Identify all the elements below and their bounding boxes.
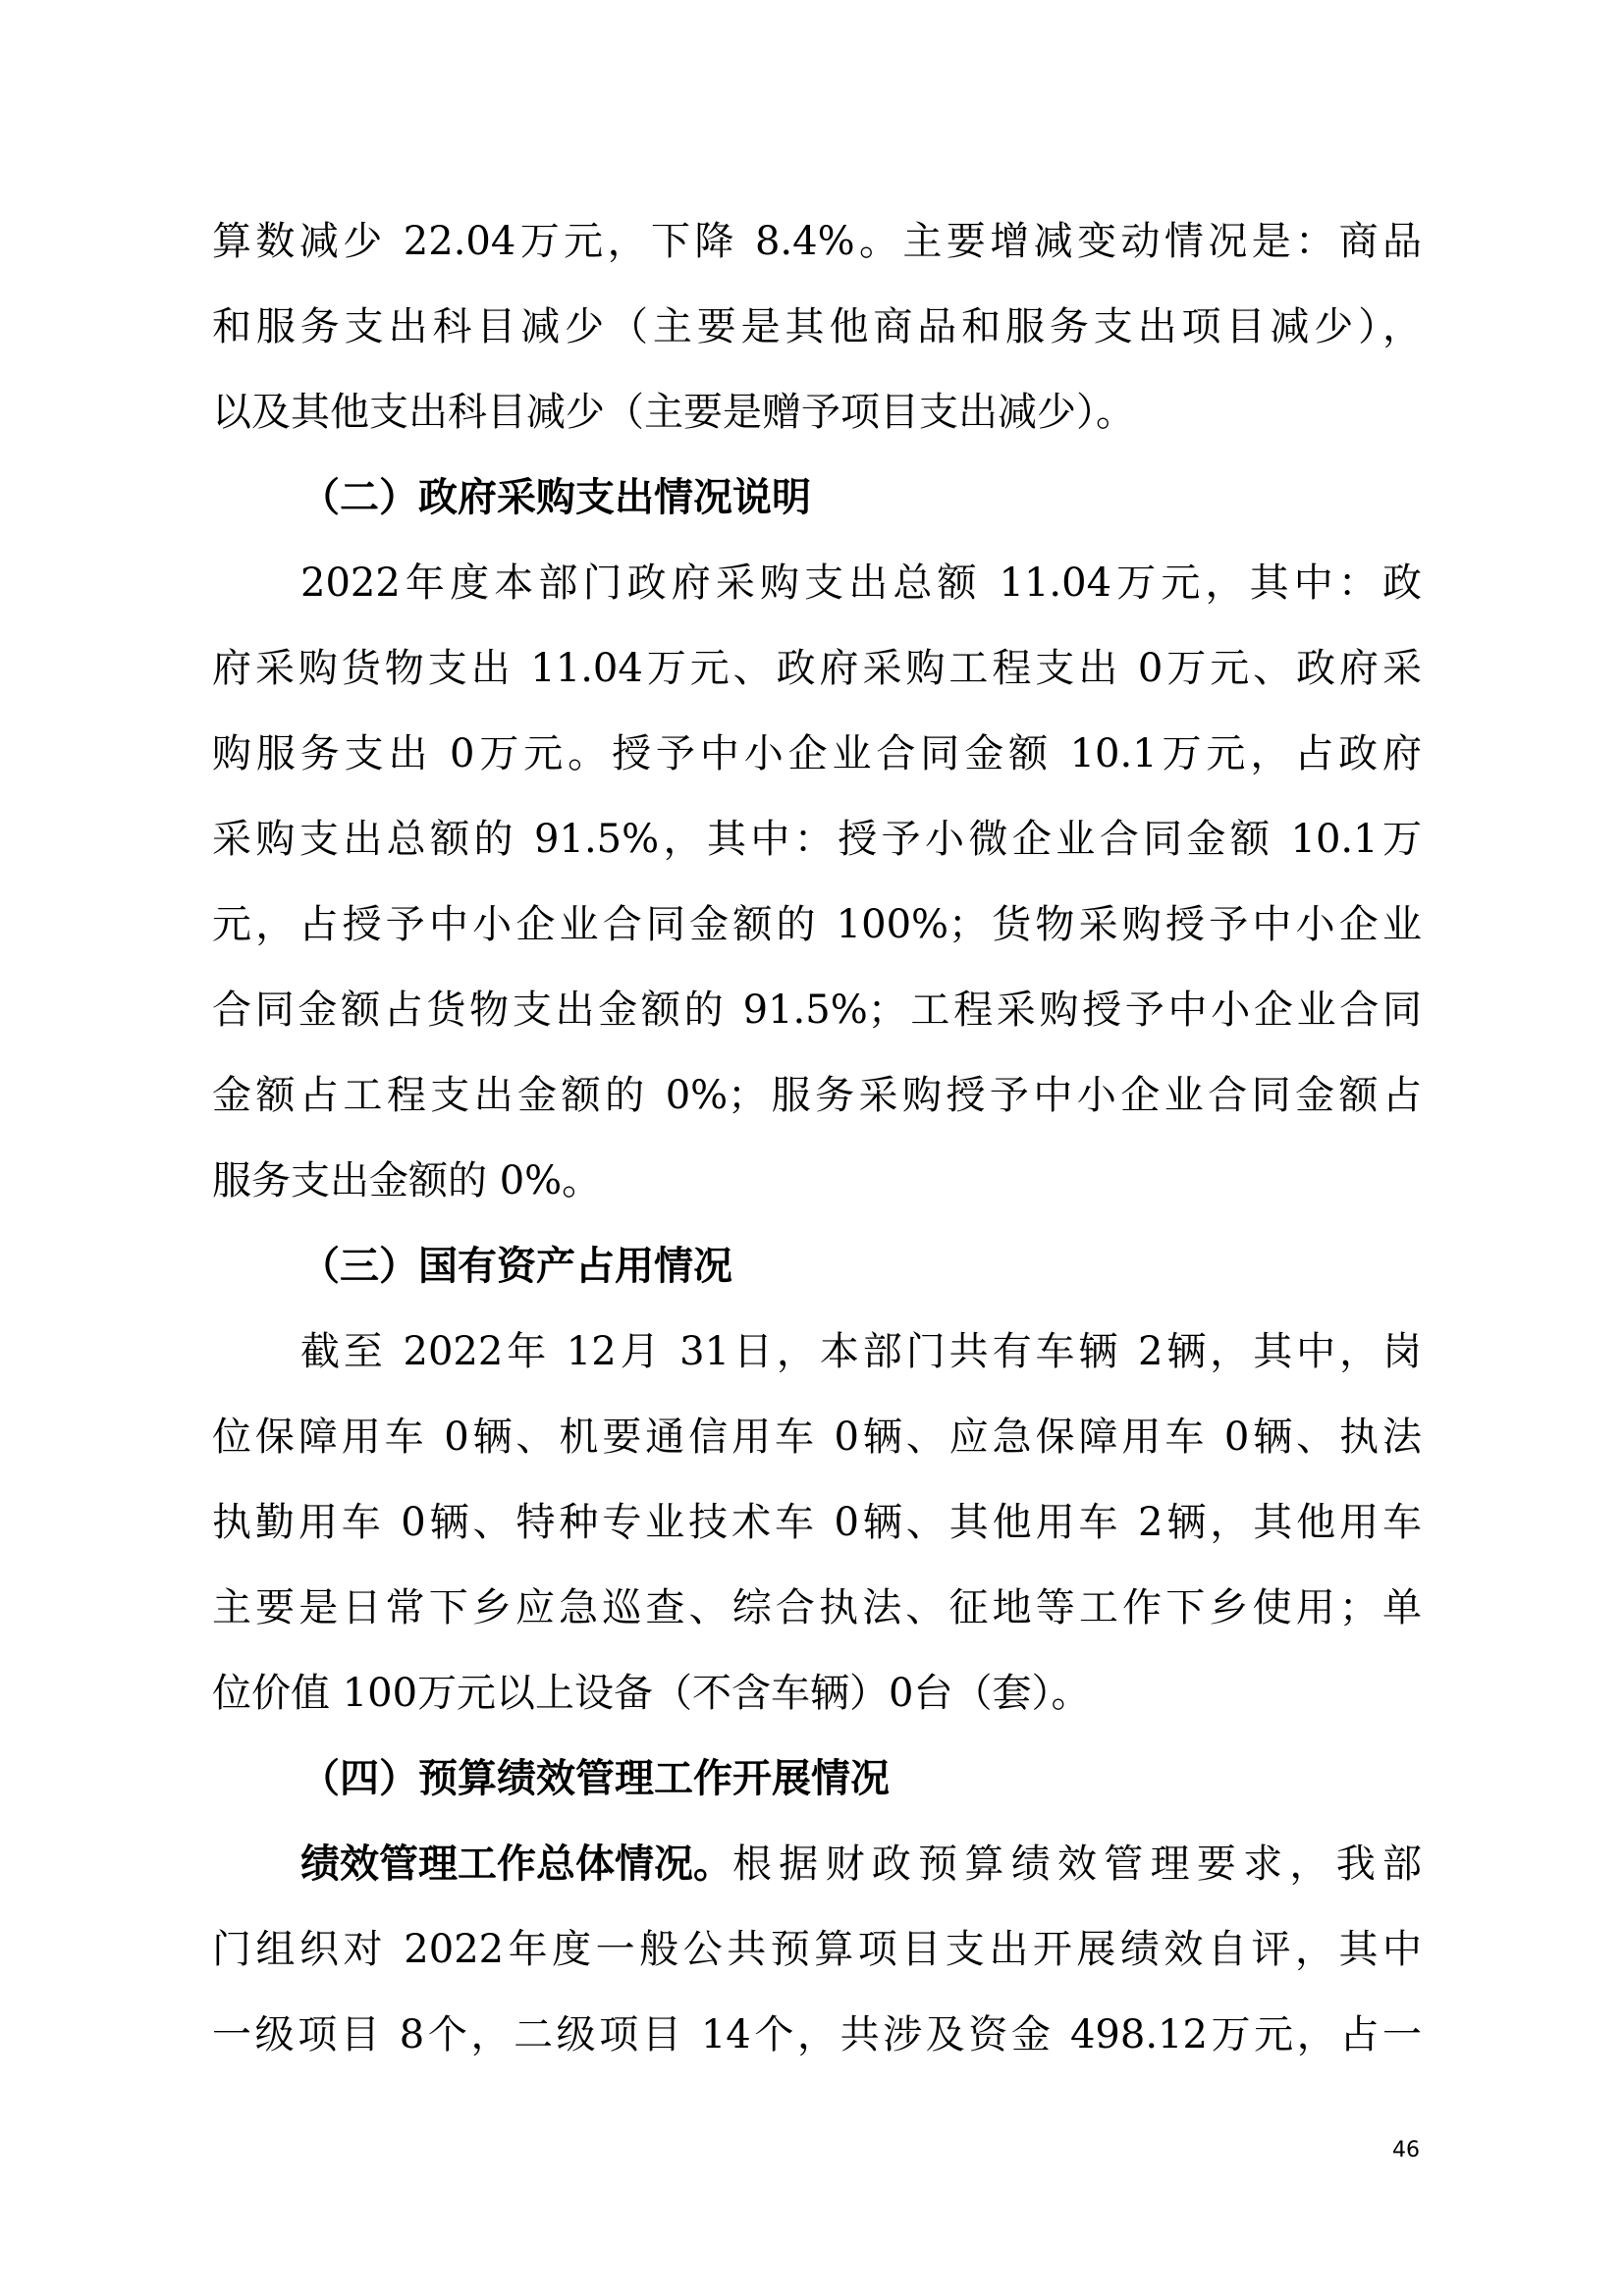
- text-line: 和服务支出科目减少（主要是其他商品和服务支出项目减少），: [212, 297, 1422, 356]
- text-line: 合同金额占货物支出金额的 91.5%；工程采购授予中小企业合同: [212, 981, 1422, 1040]
- text-line: 以及其他支出科目减少（主要是赠予项目支出减少）。: [212, 383, 1422, 442]
- text-line: 绩效管理工作总体情况。 根据财政预算绩效管理要求，我部: [300, 1835, 1422, 1894]
- text-line: 元，占授予中小企业合同金额的 100%；货物采购授予中小企业: [212, 895, 1422, 954]
- text-line: 执勤用车 0辆、特种专业技术车 0辆、其他用车 2辆，其他用车: [212, 1493, 1422, 1552]
- text-line: 金额占工程支出金额的 0%；服务采购授予中小企业合同金额占: [212, 1066, 1422, 1125]
- text-line: 2022年度本部门政府采购支出总额 11.04万元，其中：政: [300, 554, 1422, 613]
- text-line: 服务支出金额的 0%。: [212, 1151, 1422, 1210]
- section-heading-state-assets: （三）国有资产占用情况: [300, 1237, 732, 1296]
- text-line: 截至 2022年 12月 31日，本部门共有车辆 2辆，其中，岗: [300, 1322, 1422, 1381]
- lead-bold-phrase: 绩效管理工作总体情况。: [300, 1835, 732, 1894]
- text-line: 算数减少 22.04万元，下降 8.4%。主要增减变动情况是：商品: [212, 212, 1422, 271]
- lead-rest: 根据财政预算绩效管理要求，我部: [732, 1835, 1422, 1894]
- text-line: 采购支出总额的 91.5%，其中：授予小微企业合同金额 10.1万: [212, 810, 1422, 869]
- text-line: 府采购货物支出 11.04万元、政府采购工程支出 0万元、政府采: [212, 639, 1422, 698]
- document-page: 算数减少 22.04万元，下降 8.4%。主要增减变动情况是：商品 和服务支出科…: [0, 0, 1624, 2296]
- text-line: 购服务支出 0万元。授予中小企业合同金额 10.1万元，占政府: [212, 724, 1422, 783]
- text-line: 位保障用车 0辆、机要通信用车 0辆、应急保障用车 0辆、执法: [212, 1408, 1422, 1467]
- text-line: 主要是日常下乡应急巡查、综合执法、征地等工作下乡使用；单: [212, 1578, 1422, 1637]
- text-line: 位价值 100万元以上设备（不含车辆）0台（套）。: [212, 1664, 1422, 1723]
- page-number: 46: [1392, 2138, 1420, 2163]
- section-heading-procurement: （二）政府采购支出情况说明: [300, 468, 811, 527]
- text-line: 一级项目 8个，二级项目 14个，共涉及资金 498.12万元，占一: [212, 2005, 1422, 2064]
- section-heading-performance-management: （四）预算绩效管理工作开展情况: [300, 1749, 890, 1808]
- text-line: 门组织对 2022年度一般公共预算项目支出开展绩效自评，其中: [212, 1920, 1422, 1979]
